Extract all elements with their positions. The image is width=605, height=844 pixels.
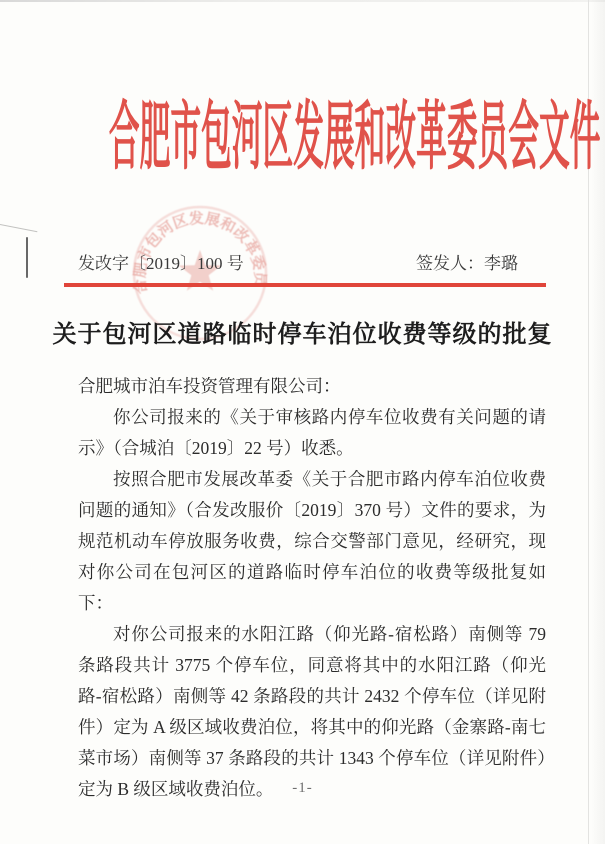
scan-mark [26,237,28,278]
body-paragraph: 对你公司报来的水阳江路（仰光路-宿松路）南侧等 79 条路段共计 3775 个停… [78,619,546,805]
red-divider-line [64,283,546,287]
signer: 签发人：李璐 [416,249,518,274]
body-paragraph: 你公司报来的《关于审核路内停车位收费有关问题的请示》（合城泊〔2019〕22 号… [78,402,546,464]
document-body: 合肥城市泊车投资管理有限公司： 你公司报来的《关于审核路内停车位收费有关问题的请… [78,371,546,805]
scanned-document-page: 合肥市包河区发展和改革委员会 合肥市包河区发展和改革委员会文件 发改字〔2019… [0,0,605,844]
scan-scratch [0,224,37,232]
salutation: 合肥城市泊车投资管理有限公司： [78,371,546,402]
document-title: 关于包河区道路临时停车泊位收费等级的批复 [0,314,605,349]
scan-top-edge [0,0,605,2]
body-paragraph: 按照合肥市发展改革委《关于合肥市路内停车泊位收费问题的通知》（合发改服价〔201… [78,464,546,619]
seal-text: 合肥市包河区发展和改革委员会 [125,195,269,295]
letterhead-title: 合肥市包河区发展和改革委员会文件 [109,100,496,178]
svg-text:合肥市包河区发展和改革委员会: 合肥市包河区发展和改革委员会 [125,195,269,295]
document-number-row: 发改字〔2019〕100 号 签发人：李璐 [78,249,518,274]
page-number: -1- [0,780,605,797]
document-number: 发改字〔2019〕100 号 [78,249,244,274]
